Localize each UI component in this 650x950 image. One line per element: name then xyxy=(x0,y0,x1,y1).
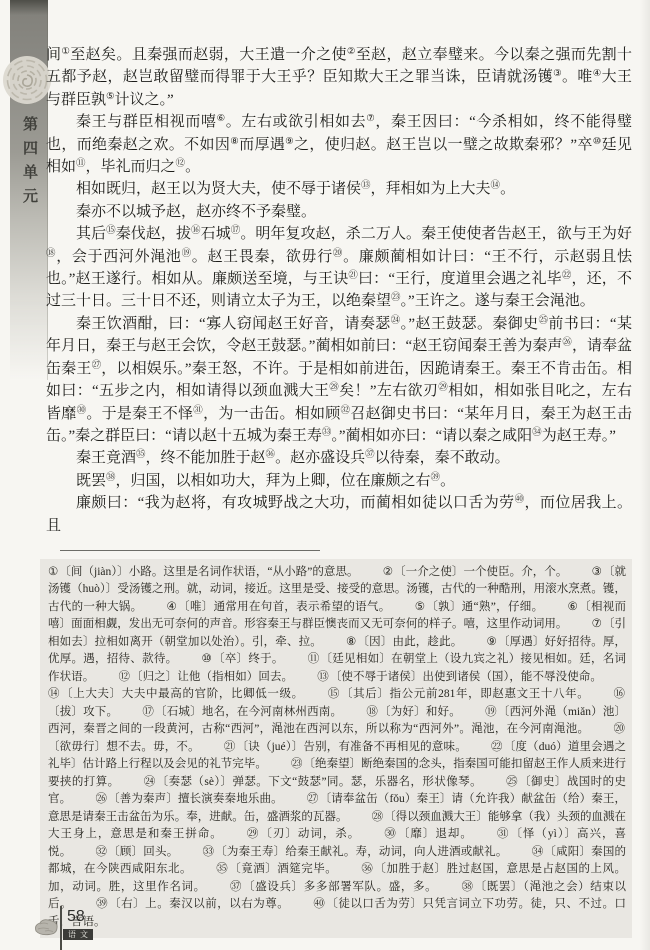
footnote-marker: ㉓ xyxy=(291,758,304,770)
footnote-divider xyxy=(60,550,320,551)
footnote-marker: ⑩ xyxy=(202,653,214,665)
footnote-ref: ⑩ xyxy=(593,137,602,147)
footnote-marker: ㉚ xyxy=(384,828,397,840)
footnote-marker: ㊵ xyxy=(313,898,326,910)
footnote: ①〔间（jiàn）〕小路。这里是名词作状语，“从小路”的意思。 xyxy=(48,566,359,578)
unit-label: 第四单元 xyxy=(19,116,40,212)
footnote-marker: ① xyxy=(48,566,59,578)
footnote-marker: ㉟ xyxy=(216,863,229,875)
paragraph: 间①至赵矣。且秦强而赵弱，大王遣一介之使②至赵，赵立奉璧来。今以秦之强而先割十五… xyxy=(46,44,632,111)
footnote: ㉔〔奏瑟（sè）〕弹瑟。下文“鼓瑟”同。瑟，乐器名，形状像琴。 xyxy=(144,776,482,788)
footnote-marker: ⑯ xyxy=(614,688,627,700)
paragraph: 其后⑮秦伐赵，拔⑯石城⑰。明年复攻赵，杀二万人。秦王使使者告赵王，欲与王为好⑱，… xyxy=(46,223,632,313)
footnote-ref: ⑭ xyxy=(491,181,501,191)
footnote: ㉜〔顾〕回头。 xyxy=(96,846,179,858)
footnote-marker: ㉘ xyxy=(372,811,385,823)
footnote-ref: ⑱ xyxy=(46,249,56,259)
footnote: ⑰〔石城〕地名，在今河南林州西南。 xyxy=(142,706,342,718)
footnote-ref: ⑥ xyxy=(217,114,226,124)
footnote: ⑬〔使不辱于诸侯〕出使到诸侯（国），能不辱没使命。 xyxy=(317,671,602,683)
footnote-marker: ⑬ xyxy=(317,671,330,683)
footnote: ㊲〔盛设兵〕多多部署军队。盛，多。 xyxy=(230,881,437,893)
footnote: ㉚〔靡〕退却。 xyxy=(384,828,472,840)
footnote-marker: ㊱ xyxy=(361,863,374,875)
paragraph: 秦亦不以城予赵，赵亦终不予秦璧。 xyxy=(46,201,632,223)
footnote-ref: ㉕ xyxy=(539,316,549,326)
page-edge-shadow xyxy=(640,0,650,950)
footnote-ref: ㉑ xyxy=(348,271,358,281)
footnote-marker: ⑮ xyxy=(328,688,341,700)
footnote-marker: ㉝ xyxy=(203,846,216,858)
footnote-marker: ⑲ xyxy=(485,706,498,718)
paragraph: 相如既归，赵王以为贤大夫，使不辱于诸侯⑬，拜相如为上大夫⑭。 xyxy=(46,178,632,200)
subject-badge: 语文 xyxy=(63,929,93,940)
paragraph: 廉颇曰：“我为赵将，有攻城野战之大功，而蔺相如徒以口舌为劳㊵，而位居我上。且 xyxy=(46,492,632,537)
footnote-marker: ㉗ xyxy=(307,793,320,805)
footnote-ref: ④ xyxy=(593,69,602,79)
footnote-ref: ㉙ xyxy=(438,383,448,393)
footnote-ref: ㉖ xyxy=(562,338,572,348)
footnote: ㉙〔刃〕动词，杀。 xyxy=(247,828,360,840)
paragraph: 秦王与群臣相视而嘻⑥。左右或欲引相如去⑦，秦王因曰：“今杀相如，终不能得璧也，而… xyxy=(46,111,632,178)
footnote-marker: ② xyxy=(383,566,394,578)
footnote-marker: ⑤ xyxy=(415,601,427,613)
footnote: ④〔唯〕通常用在句首，表示希望的语气。 xyxy=(167,601,391,613)
footnote-ref: ㊳ xyxy=(106,473,116,483)
footnote-ref: ㉒ xyxy=(562,271,572,281)
footnote: ㉑〔诀（jué）〕告别，有准备不再相见的意味。 xyxy=(224,741,467,753)
footnote: ㉟〔竟酒〕酒筵完毕。 xyxy=(216,863,337,875)
footnote-ref: ㉗ xyxy=(92,361,102,371)
textbook-page: 第四单元 间①至赵矣。且秦强而赵弱，大王遣一介之使②至赵，赵立奉璧来。今以秦之强… xyxy=(0,0,650,950)
footnote-marker: ⑥ xyxy=(568,601,580,613)
page-number: 58 xyxy=(67,908,85,926)
footnote: ⑱〔为好〕和好。 xyxy=(366,706,461,718)
footnote-marker: ⑭ xyxy=(48,688,61,700)
footnote-marker: ⑰ xyxy=(142,706,155,718)
footnote-marker: ④ xyxy=(167,601,179,613)
footnote-ref: ⑨ xyxy=(285,137,294,147)
footnote-ref: ㉞ xyxy=(532,428,542,438)
footnote-marker: ㊳ xyxy=(461,881,474,893)
footnote-ref: ㉝ xyxy=(322,428,332,438)
footnote-ref: ⑲ xyxy=(182,249,192,259)
footnote-ref: ㉟ xyxy=(136,450,146,460)
binding-strip: 第四单元 xyxy=(10,0,48,380)
footnote-ref: ㊲ xyxy=(365,450,375,460)
footnote-ref: ㊴ xyxy=(431,473,441,483)
footnote: ⑧〔因〕由此，趁此。 xyxy=(346,636,462,648)
footnote-marker: ㊲ xyxy=(230,881,243,893)
footnote-ref: ⑯ xyxy=(191,226,201,236)
footnote-marker: ⑳ xyxy=(614,723,627,735)
pebble-icon xyxy=(31,916,61,938)
footnote-ref: ⑰ xyxy=(231,226,241,236)
paragraph: 既罢㊳，归国，以相如功大，拜为上卿，位在廉颇之右㊴。 xyxy=(46,470,632,492)
paragraph: 秦王饮酒酣，曰：“寡人窃闻赵王好音，请奏瑟㉔。”赵王鼓瑟。秦御史㉕前书曰：“某年… xyxy=(46,313,632,447)
footnote-marker: ⑦ xyxy=(592,618,603,630)
footnote-marker: ⑨ xyxy=(487,636,498,648)
footnote-ref: ⑧ xyxy=(230,137,239,147)
footnote: ⑭〔上大夫〕大夫中最高的官阶，比卿低一级。 xyxy=(48,688,304,700)
footnote-ref: ② xyxy=(347,47,356,57)
footnote-marker: ㉒ xyxy=(491,741,504,753)
footnote: ⑤〔孰〕通“熟”，仔细。 xyxy=(415,601,544,613)
footnote: ⑮〔其后〕指公元前281年，即赵惠文王十八年。 xyxy=(328,688,590,700)
footnote-marker: ㉞ xyxy=(532,846,545,858)
footer-divider xyxy=(60,906,62,950)
footnote-marker: ⑫ xyxy=(118,671,131,683)
footnote-marker: ㉔ xyxy=(144,776,157,788)
footnote-ref: ⑫ xyxy=(176,159,186,169)
footnote-ref: ⑮ xyxy=(106,226,116,236)
footnote-marker: ⑱ xyxy=(366,706,379,718)
footnote: ②〔一介之使〕一个使臣。介，个。 xyxy=(383,566,568,578)
footnote-marker: ⑧ xyxy=(346,636,357,648)
footnote: ㊴〔右〕上。秦汉以前，以右为尊。 xyxy=(96,898,289,910)
footnote-marker: ㉛ xyxy=(497,828,510,840)
footnote: ⑩〔卒〕终于。 xyxy=(202,653,284,665)
footnote-marker: ㉖ xyxy=(95,793,108,805)
footnote: ㉝〔为秦王寿〕给秦王献礼。寿，动词，向人进酒或献礼。 xyxy=(203,846,508,858)
footnote-marker: ㉕ xyxy=(506,776,519,788)
footnote-ref: ㊱ xyxy=(266,450,276,460)
footnote-ref: ⑦ xyxy=(366,114,375,124)
footnote-marker: ㉙ xyxy=(247,828,260,840)
footnote-marker: ⑪ xyxy=(308,653,321,665)
footnote-ref: ① xyxy=(61,47,70,57)
footnote-ref: ㊵ xyxy=(515,495,525,505)
footnote: ㉖〔善为秦声〕擅长演奏秦地乐曲。 xyxy=(95,793,282,805)
footnote-marker: ㊴ xyxy=(96,898,109,910)
footnote-ref: ㉔ xyxy=(391,316,401,326)
footnote-marker: ③ xyxy=(592,566,603,578)
footnote-ref: ⑳ xyxy=(333,249,343,259)
footnote-ref: ㉜ xyxy=(341,406,351,416)
footnote-ref: ㉛ xyxy=(193,406,203,416)
footnote-ref: ⑪ xyxy=(76,159,86,169)
lesson-content: 间①至赵矣。且秦强而赵弱，大王遣一介之使②至赵，赵立奉璧来。今以秦之强而先割十五… xyxy=(46,44,632,938)
footnote-ref: ㉘ xyxy=(329,383,339,393)
footnotes: ①〔间（jiàn）〕小路。这里是名词作状语，“从小路”的意思。②〔一介之使〕一个… xyxy=(40,559,632,939)
footnote-ref: ㉚ xyxy=(77,406,87,416)
footnote-marker: ㉜ xyxy=(96,846,109,858)
footnote-marker: ㉑ xyxy=(224,741,237,753)
footnote-ref: ㉓ xyxy=(391,293,401,303)
footnote: ⑫〔归之〕让他（指相如）回去。 xyxy=(118,671,293,683)
footnote-ref: ⑬ xyxy=(361,181,371,191)
footnote-ref: ③ xyxy=(553,69,562,79)
footnote-ref: ⑤ xyxy=(106,92,115,102)
paragraph: 秦王竟酒㉟，终不能加胜于赵㊱。赵亦盛设兵㊲以待秦，秦不敢动。 xyxy=(46,447,632,469)
body-text: 间①至赵矣。且秦强而赵弱，大王遣一介之使②至赵，赵立奉璧来。今以秦之强而先割十五… xyxy=(46,44,632,537)
unit-seal-icon xyxy=(2,55,52,105)
